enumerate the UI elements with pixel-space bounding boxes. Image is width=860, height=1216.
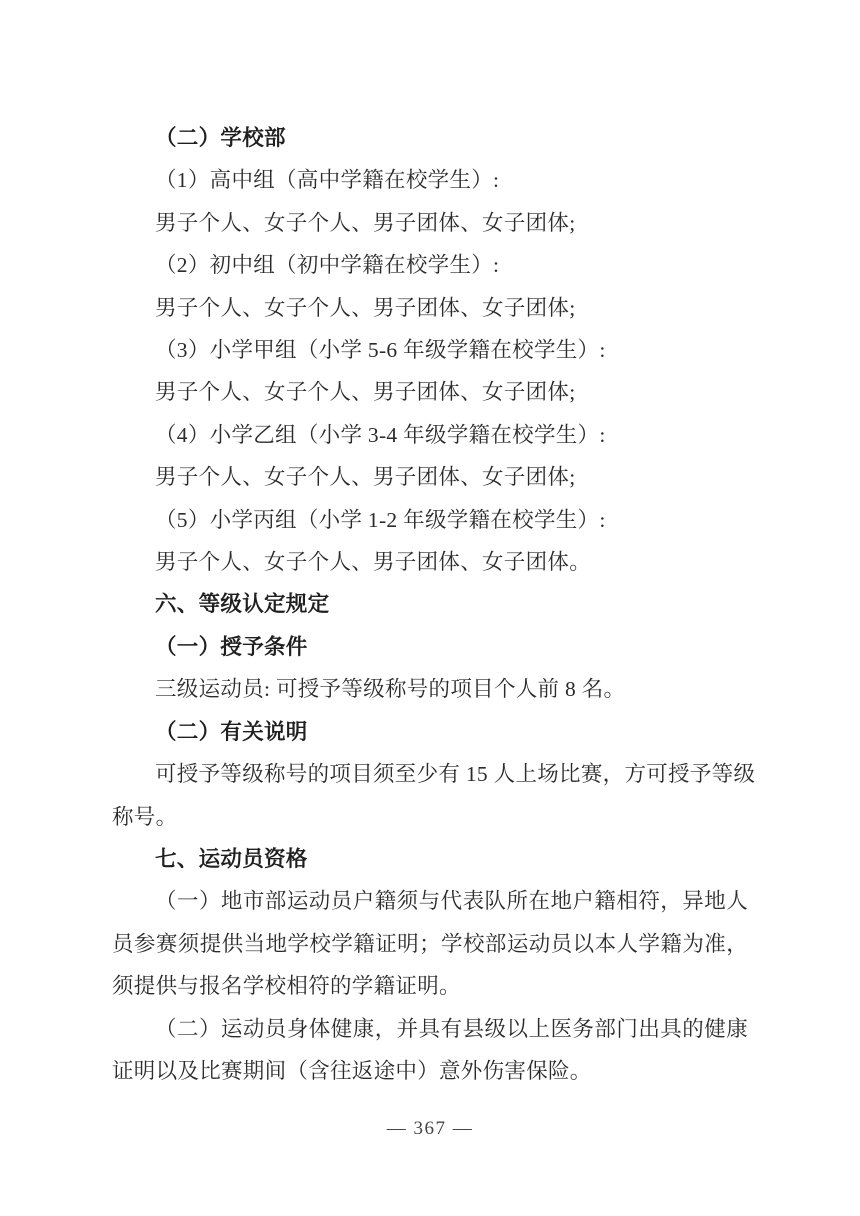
section-heading: 七、运动员资格 bbox=[112, 838, 748, 880]
text-line: 男子个人、女子个人、男子团体、女子团体。 bbox=[112, 541, 748, 583]
document-page: （二）学校部（1）高中组（高中学籍在校学生）:男子个人、女子个人、男子团体、女子… bbox=[0, 0, 860, 1216]
text-line: 须提供与报名学校相符的学籍证明。 bbox=[112, 965, 748, 1007]
text-line: （2）初中组（初中学籍在校学生）: bbox=[112, 244, 748, 286]
section-heading: （二）学校部 bbox=[112, 117, 748, 159]
document-body: （二）学校部（1）高中组（高中学籍在校学生）:男子个人、女子个人、男子团体、女子… bbox=[112, 117, 748, 1092]
text-line: 员参赛须提供当地学校学籍证明；学校部运动员以本人学籍为准， bbox=[112, 923, 748, 965]
page-footer: — 367 — bbox=[0, 1116, 860, 1142]
text-line: 证明以及比赛期间（含往返途中）意外伤害保险。 bbox=[112, 1050, 748, 1092]
text-line: 男子个人、女子个人、男子团体、女子团体; bbox=[112, 287, 748, 329]
section-heading: （一）授予条件 bbox=[112, 626, 748, 668]
page-number: — 367 — bbox=[387, 1118, 474, 1139]
text-line: （5）小学丙组（小学 1-2 年级学籍在校学生）: bbox=[112, 499, 748, 541]
text-line: 男子个人、女子个人、男子团体、女子团体; bbox=[112, 371, 748, 413]
text-line: （4）小学乙组（小学 3-4 年级学籍在校学生）: bbox=[112, 414, 748, 456]
text-line: （一）地市部运动员户籍须与代表队所在地户籍相符，异地人 bbox=[112, 880, 748, 922]
text-line: 三级运动员: 可授予等级称号的项目个人前 8 名。 bbox=[112, 668, 748, 710]
text-line: （二）运动员身体健康，并具有县级以上医务部门出具的健康 bbox=[112, 1008, 748, 1050]
section-heading: 六、等级认定规定 bbox=[112, 583, 748, 625]
text-line: （3）小学甲组（小学 5-6 年级学籍在校学生）: bbox=[112, 329, 748, 371]
text-line: 称号。 bbox=[112, 796, 748, 838]
text-line: 可授予等级称号的项目须至少有 15 人上场比赛，方可授予等级 bbox=[112, 753, 748, 795]
text-line: 男子个人、女子个人、男子团体、女子团体; bbox=[112, 456, 748, 498]
section-heading: （二）有关说明 bbox=[112, 711, 748, 753]
text-line: 男子个人、女子个人、男子团体、女子团体; bbox=[112, 202, 748, 244]
text-line: （1）高中组（高中学籍在校学生）: bbox=[112, 159, 748, 201]
